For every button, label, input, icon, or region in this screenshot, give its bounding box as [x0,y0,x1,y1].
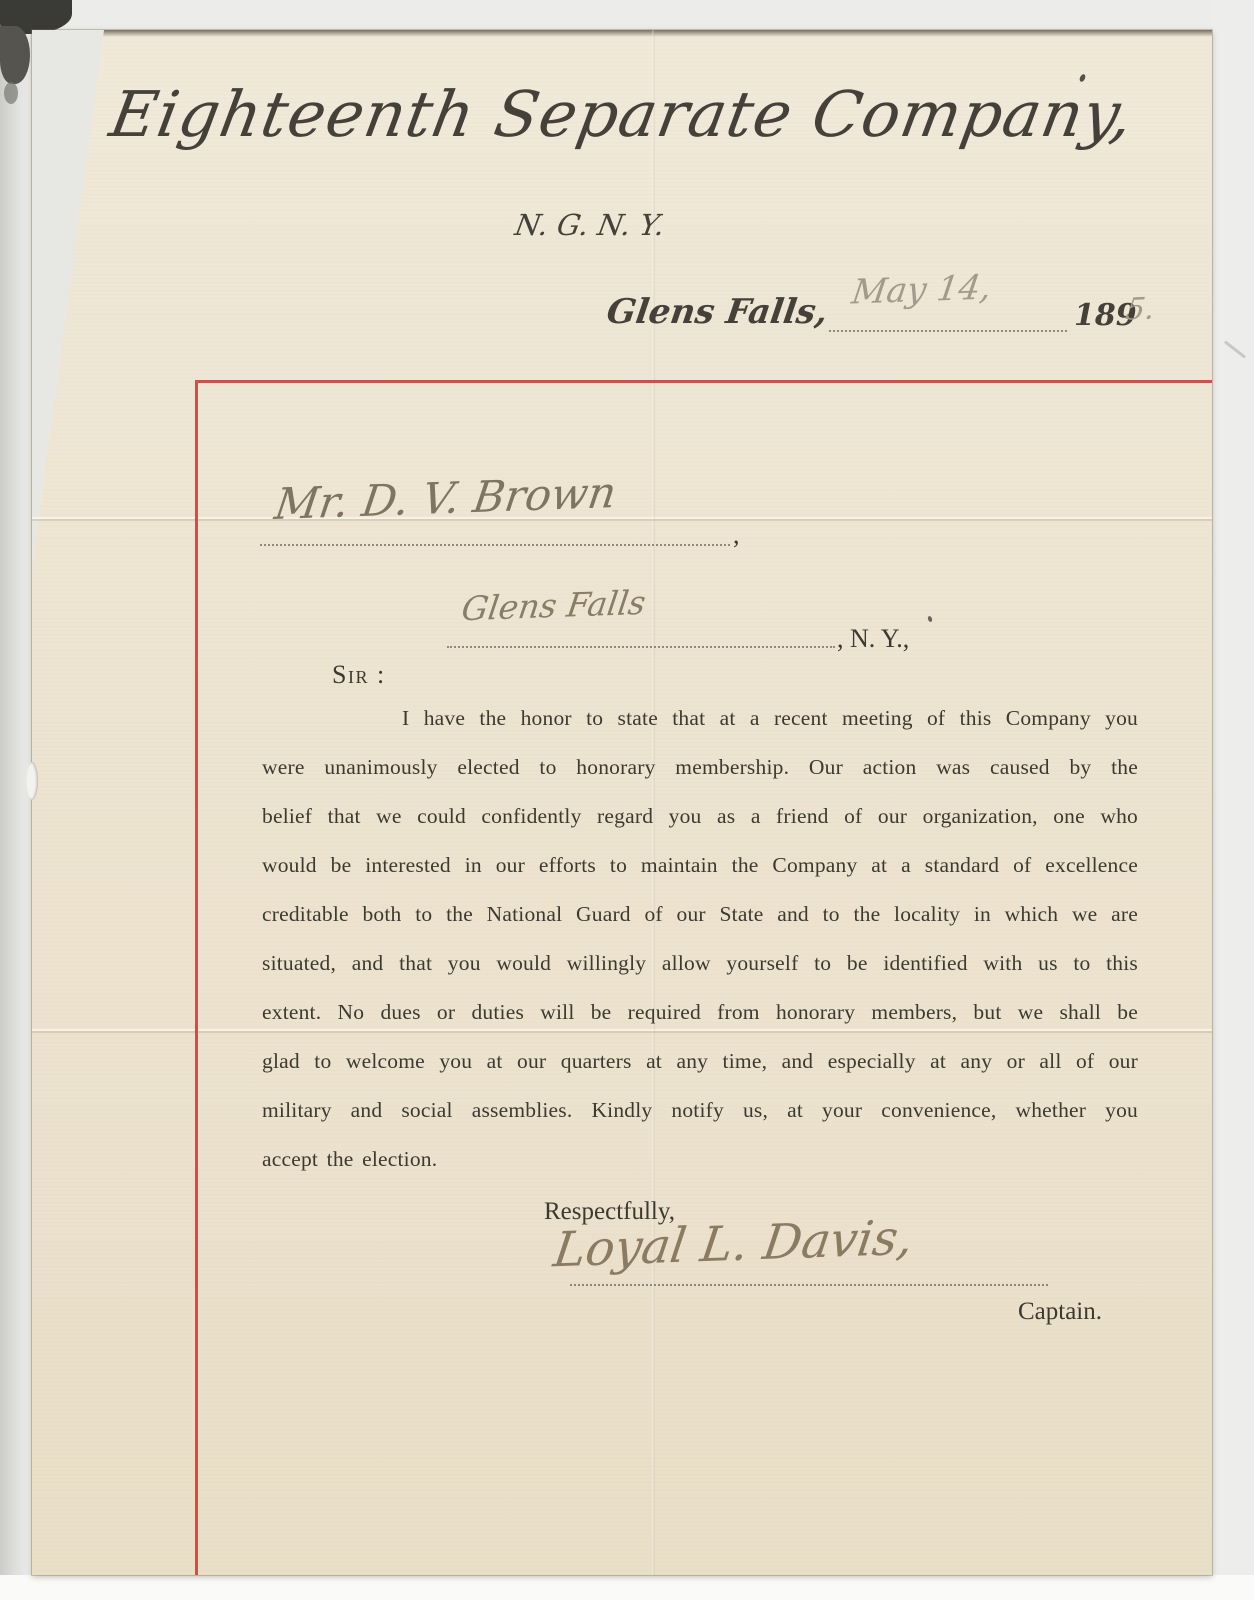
scan-background-top [0,0,1254,30]
location-state: , N. Y., [837,624,909,654]
red-rule-horizontal [195,380,1212,383]
paper-top-shadow [32,30,1212,37]
body-line: creditable both to the National Guard of… [262,902,1138,951]
body-line: glad to welcome you at our quarters at a… [262,1049,1138,1098]
addressee-fill-in-line [260,508,730,546]
signer-title: Captain. [960,1298,1102,1326]
body-line: I have the honor to state that at a rece… [262,706,1138,755]
red-rule-vertical [195,380,198,1575]
body-line: accept the election. [262,1147,1138,1196]
scan-background-bottom [0,1575,1254,1600]
location-fill-in-line [447,610,835,648]
body-line: would be interested in our efforts to ma… [262,853,1138,902]
body-line: extent. No dues or duties will be requir… [262,1000,1138,1049]
date-handwritten: May 14, [849,267,994,312]
dateline-place: Glens Falls, [604,292,830,332]
body-paragraph: I have the honor to state that at a rece… [262,706,1138,1196]
body-line: belief that we could confidently regard … [262,804,1138,853]
year-handwritten: 5. [1124,291,1158,327]
body-line: were unanimously elected to honorary mem… [262,755,1138,804]
salutation: Sir : [332,660,386,690]
body-line: military and social assemblies. Kindly n… [262,1098,1138,1147]
signature-fill-in-line [570,1248,1048,1286]
scan-background-right [1212,0,1254,1600]
letterhead-title: Eighteenth Separate Company, [26,78,1219,151]
letterhead-subtitle: N. G. N. Y. [0,208,1183,242]
ink-speck [927,615,933,622]
paper-edge-notch [26,762,38,800]
scan-artifact-blob [0,26,30,84]
letter-sheet: Eighteenth Separate Company, N. G. N. Y.… [32,30,1212,1575]
scan-artifact-blob [4,82,18,104]
addressee-comma: , [733,520,740,550]
body-line: situated, and that you would willingly a… [262,951,1138,1000]
scanned-letter-page: Eighteenth Separate Company, N. G. N. Y.… [0,0,1254,1600]
